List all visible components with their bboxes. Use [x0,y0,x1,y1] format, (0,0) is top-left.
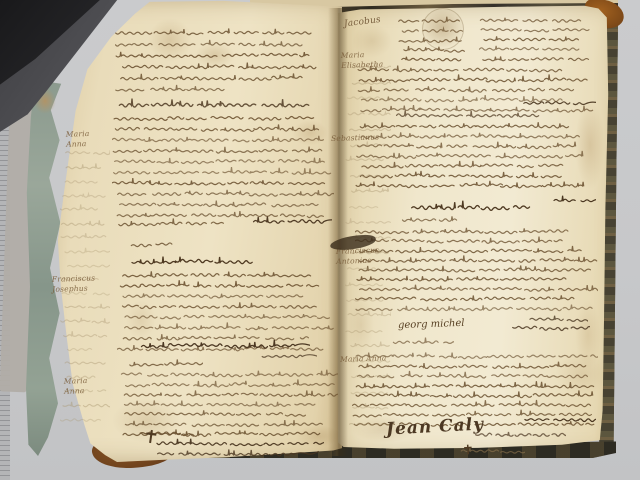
margin-note: Maria Anna [340,353,392,365]
script-signature [152,438,324,463]
script-signature [548,194,596,210]
ink-layer: Maria Anna Franciscus Josephus Maria Ann… [0,0,640,480]
margin-note: Sebastianus [331,132,391,144]
seal-mark [422,8,464,50]
script-block [478,15,598,68]
script-block [115,26,333,99]
margin-note: Jacobus [343,13,400,31]
script-line [390,337,454,352]
script-signature [250,214,332,231]
signature-georg-michel: georg michel [398,319,465,331]
margin-note: Maria Anna [66,128,113,149]
script-block [355,226,598,317]
script-block [355,121,598,195]
margin-note: Franciscus Josephus [52,273,103,294]
script-signature [510,321,590,338]
script-signature [520,414,596,429]
margin-note: Maria Elisabetha [341,49,396,70]
cross-mark [467,445,469,455]
script-signature [470,428,566,445]
margin-note: Maria Anna [64,375,111,396]
script-line [116,218,234,233]
script-signature [255,349,317,365]
photo-scene: Maria Anna Franciscus Josephus Maria Ann… [0,0,640,480]
script-block [112,112,334,225]
script-line [127,239,187,254]
